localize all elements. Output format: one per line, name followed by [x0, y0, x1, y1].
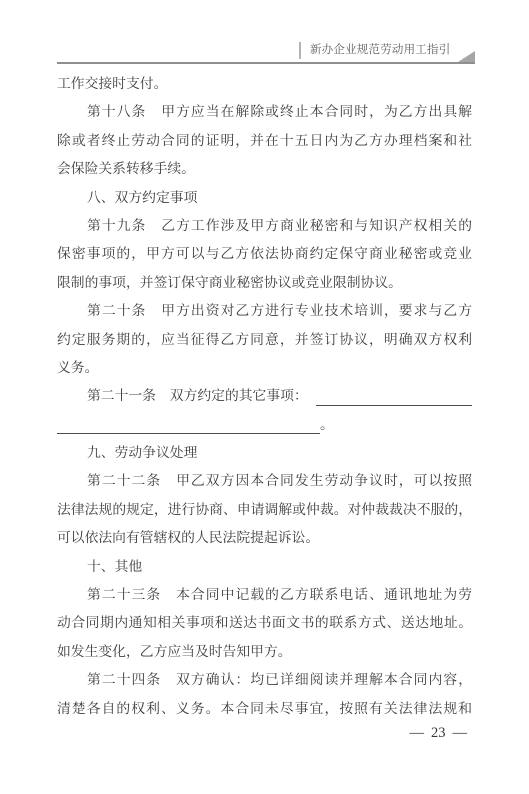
document-page: 新办企业规范劳动用工指引 工作交接时支付。第十八条 甲方应当在解除或终止本合同时…	[0, 0, 529, 794]
text-line: 可以依法向有管辖权的人民法院提起诉讼。	[57, 524, 472, 552]
text-line: 九、劳动争议处理	[57, 439, 472, 467]
text-line: 八、双方约定事项	[57, 184, 472, 212]
text-line: 动合同期内通知相关事项和送达书面文书的联系方式、送达地址。	[57, 609, 472, 637]
corner-triangle-icon	[458, 51, 475, 62]
text-line: 保密事项的，甲方可以与乙方依法协商约定保守商业秘密或竞业	[57, 240, 472, 268]
text-line: 如发生变化，乙方应当及时告知甲方。	[57, 638, 472, 666]
line-text: 第二十一条 双方约定的其它事项：	[57, 382, 308, 410]
footer-dash-right: —	[453, 725, 468, 741]
text-line: 第二十三条 本合同中记载的乙方联系电话、通讯地址为劳	[57, 581, 472, 609]
text-line: 第二十四条 双方确认：均已详细阅读并理解本合同内容，	[57, 666, 472, 694]
header-running-title: 新办企业规范劳动用工指引	[310, 42, 450, 59]
text-line: 第二十条 甲方出资对乙方进行专业技术培训，要求与乙方	[57, 297, 472, 325]
text-line: 。	[57, 411, 472, 439]
text-line: 第十八条 甲方应当在解除或终止本合同时，为乙方出具解	[57, 98, 472, 126]
footer-dash-left: —	[410, 725, 425, 741]
header-rule	[57, 62, 475, 64]
text-line: 限制的事项，并签订保守商业秘密协议或竞业限制协议。	[57, 269, 472, 297]
text-line: 工作交接时支付。	[57, 70, 472, 98]
text-line: 十、其他	[57, 553, 472, 581]
text-line: 会保险关系转移手续。	[57, 155, 472, 183]
text-line: 义务。	[57, 354, 472, 382]
line-text: 。	[320, 411, 334, 439]
footer-page-number: 23	[431, 725, 446, 741]
text-line: 第二十二条 甲乙双方因本合同发生劳动争议时，可以按照	[57, 467, 472, 495]
text-line: 约定服务期的，应当征得乙方同意，并签订协议，明确双方权利	[57, 326, 472, 354]
text-line: 法律法规的规定，进行协商、申请调解或仲裁。对仲裁裁决不服的，	[57, 496, 472, 524]
header-divider-bar	[299, 42, 301, 59]
page-footer: —23—	[410, 725, 468, 742]
text-line: 第二十一条 双方约定的其它事项：	[57, 382, 472, 410]
text-line: 第十九条 乙方工作涉及甲方商业秘密和与知识产权相关的	[57, 212, 472, 240]
text-line: 除或者终止劳动合同的证明，并在十五日内为乙方办理档案和社	[57, 127, 472, 155]
blank-underline	[57, 433, 320, 434]
document-body: 工作交接时支付。第十八条 甲方应当在解除或终止本合同时，为乙方出具解除或者终止劳…	[57, 70, 472, 723]
blank-underline	[316, 405, 472, 406]
text-line: 清楚各自的权利、义务。本合同未尽事宜，按照有关法律法规和	[57, 695, 472, 723]
